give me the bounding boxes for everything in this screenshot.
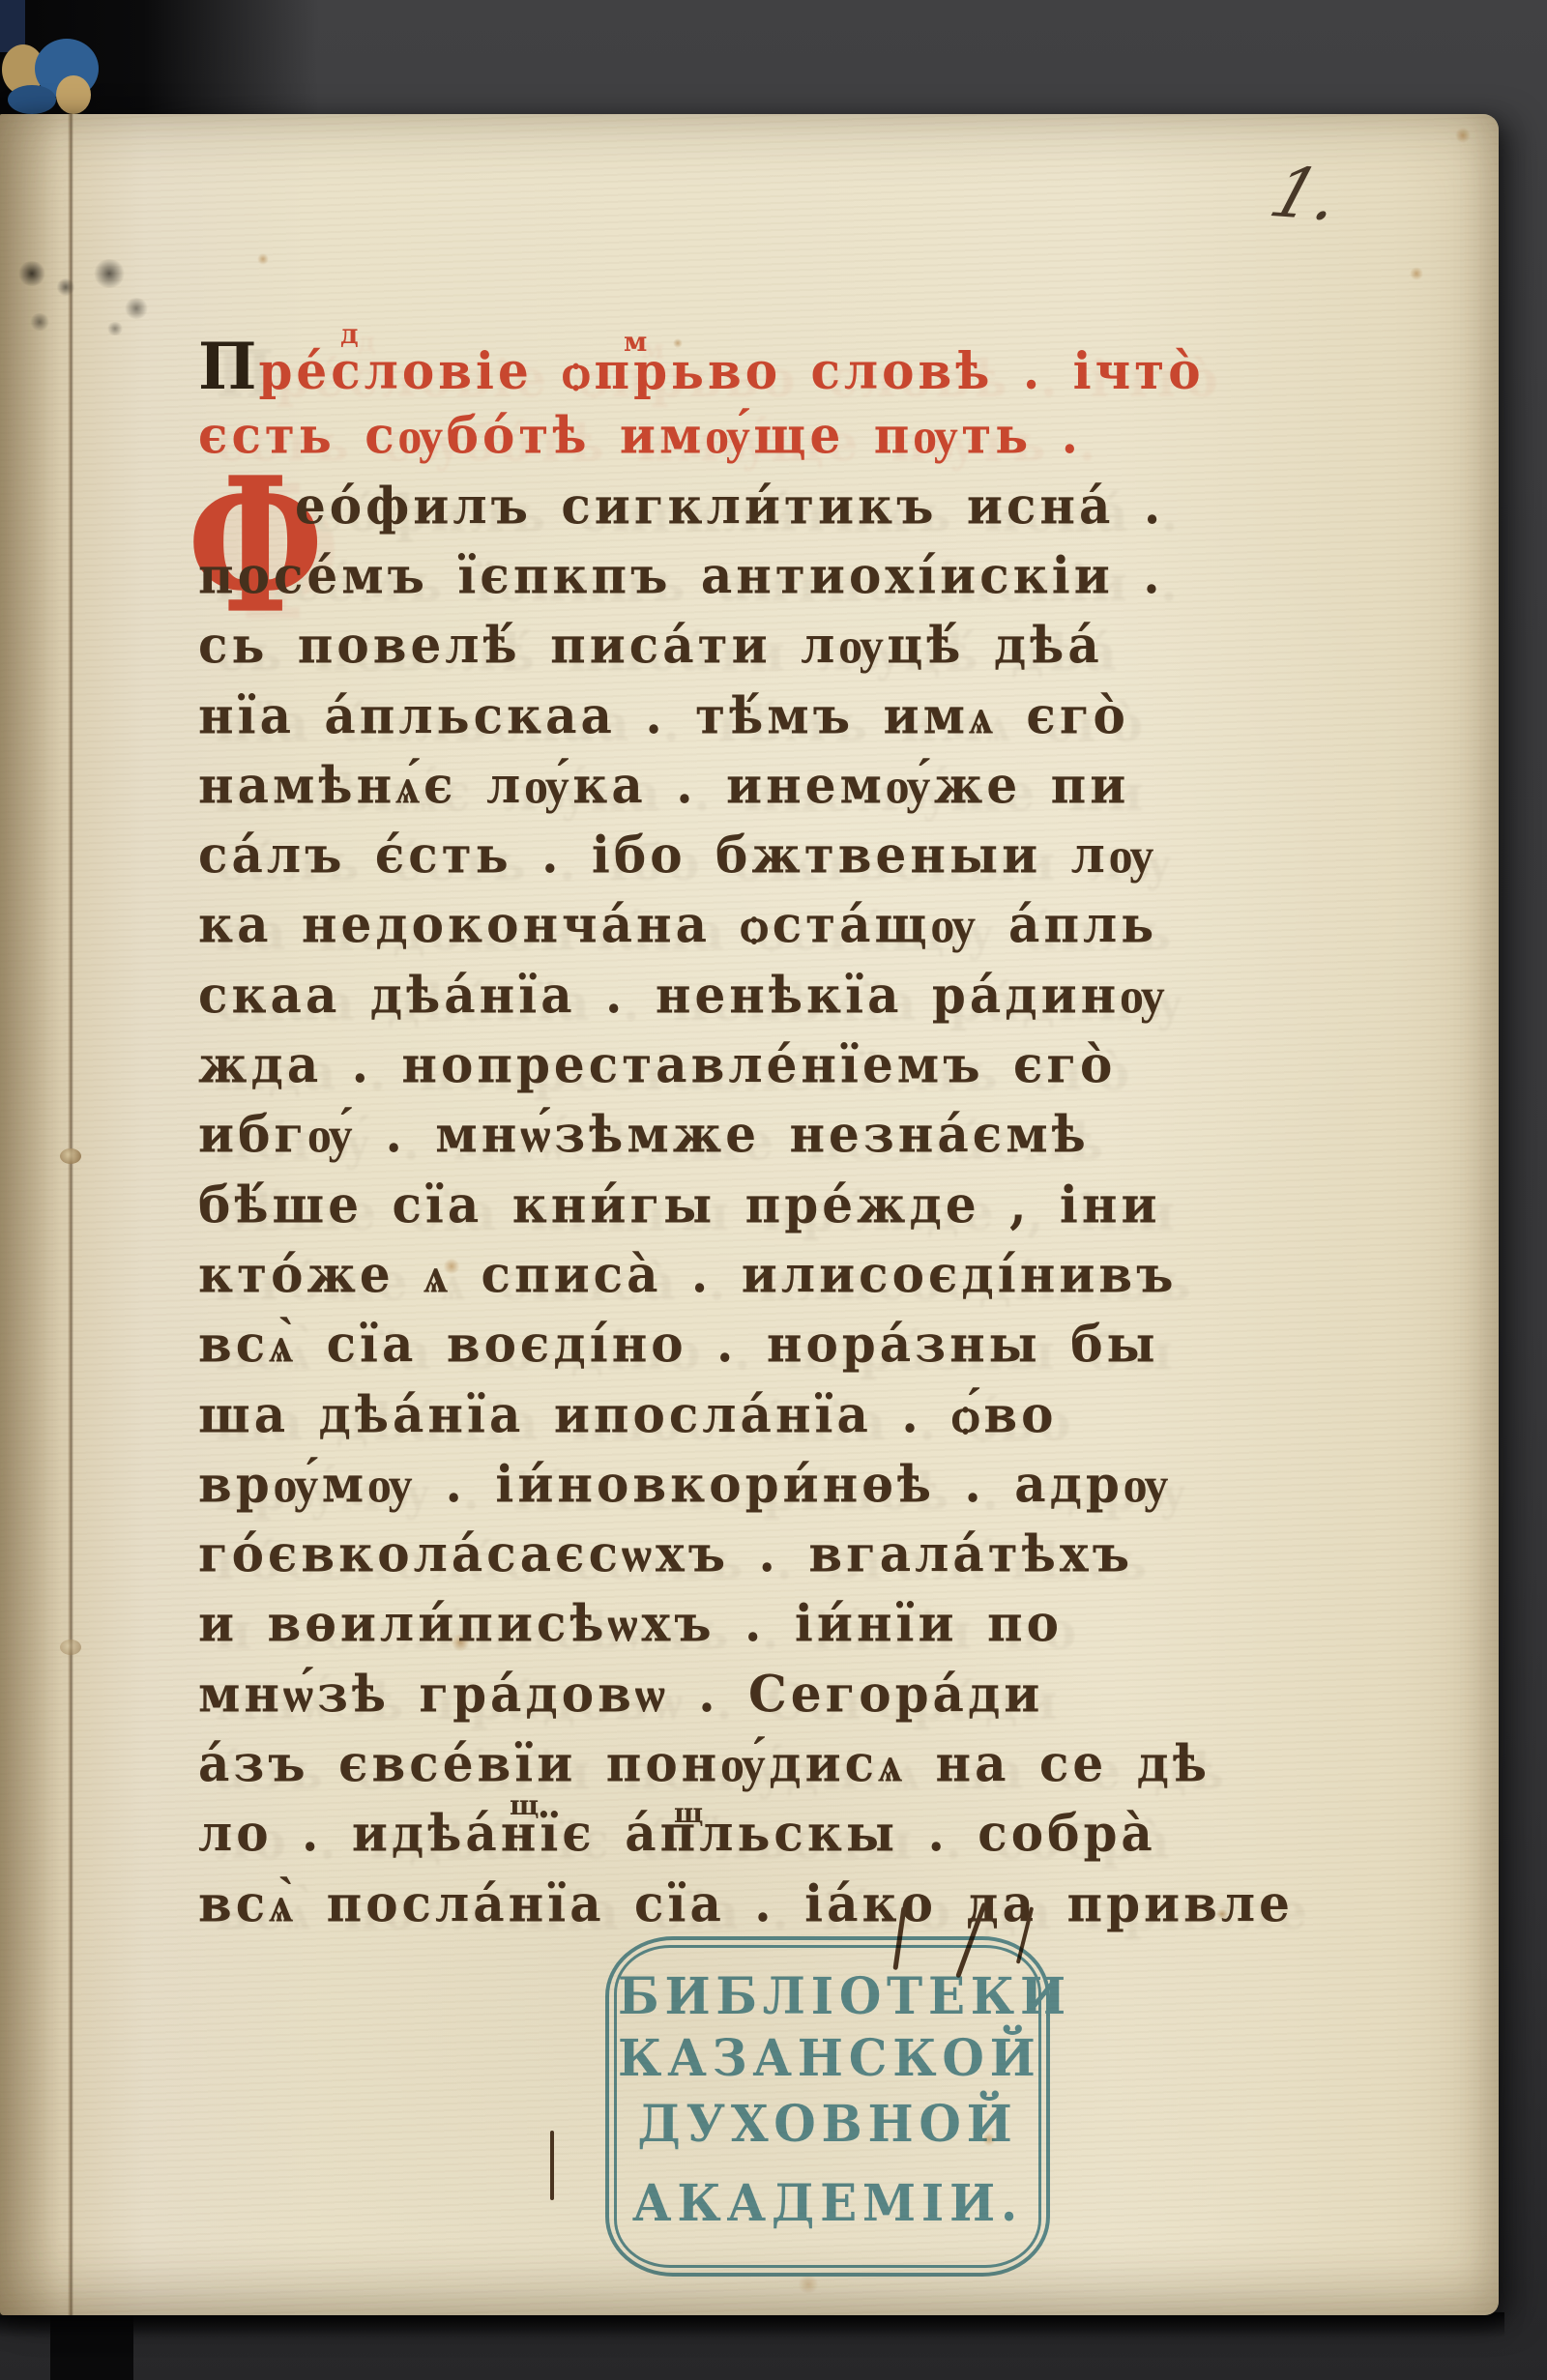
line-text: ло . идѣа́нїє а́пльскы . собра̀ bbox=[198, 1804, 1156, 1863]
endband-thread bbox=[56, 75, 91, 114]
ghost-glyphs: са́лъ є́сть . ібо бжтвеныи лѹ bbox=[216, 833, 1175, 892]
ink-smudge bbox=[93, 259, 126, 288]
endband-thread bbox=[8, 85, 56, 114]
ghost-glyphs: го́євкола́саєсѡхъ . вгала́тѣхъ bbox=[216, 1537, 1151, 1587]
superscript-letter: м bbox=[624, 329, 647, 356]
line-text: ибгѹ́ . мнѡ́зѣмже незна́ємѣ bbox=[198, 1105, 1090, 1164]
ghost-glyphs: и вѳили́писѣѡхъ . іи́нїи по bbox=[216, 1607, 1080, 1657]
line-text: кто́же ѧ списа̀ . илисоєді́нивъ bbox=[198, 1245, 1178, 1304]
manuscript-line-8: са́лъ є́сть . ібо бжтвеныи лѹ bbox=[198, 830, 1157, 881]
line-text: скаа дѣа́нїа . ненѣкїа ра́динѹ bbox=[198, 965, 1168, 1024]
manuscript-line-12: ибгѹ́ . мнѡ́зѣмже незна́ємѣ bbox=[198, 1110, 1090, 1160]
ghost-glyphs: Ф bbox=[205, 478, 340, 630]
ghost-glyphs: посе́мъ їєпкпъ антиохі́искіи . bbox=[216, 559, 1182, 609]
line-text: са́лъ є́сть . ібо бжтвеныи лѹ bbox=[198, 826, 1157, 885]
ghost-glyphs: кто́же ѧ списа̀ . илисоєді́нивъ bbox=[216, 1258, 1195, 1308]
foxing-spot bbox=[1410, 267, 1423, 280]
ghost-glyphs: сь повелѣ́ писа́ти лѹцѣ́ дѣа́ bbox=[216, 624, 1121, 682]
stamp-line: КАЗАНСКОЙ bbox=[618, 2029, 1037, 2088]
ghost-glyphs: мнѡ́зѣ гра́довѡ . Сегора́ди bbox=[216, 1671, 1061, 1730]
line-text: всѧ̀ посла́нїа сїа . іа́ко да привле bbox=[198, 1873, 1294, 1932]
manuscript-line-19: и вѳили́писѣѡхъ . іи́нїи по bbox=[198, 1599, 1063, 1649]
initial-letter: Ф bbox=[188, 470, 323, 623]
ghost-glyphs: всѧ̀ сїа воєді́но . нора́зны бы bbox=[216, 1327, 1177, 1378]
ghost-glyphs: са́лъ є́сть . ібо бжтвеныи лѹ bbox=[216, 838, 1175, 888]
ink-smudge bbox=[106, 322, 124, 335]
initial-letter: П bbox=[198, 330, 258, 405]
ghost-glyphs: ре́словіе ѻпрьво словѣ . ічто̀ bbox=[276, 349, 1221, 408]
manuscript-line-10: скаа дѣа́нїа . ненѣкїа ра́динѹ bbox=[198, 971, 1168, 1021]
ghost-glyphs: ша дѣа́нїа ипосла́нїа . ѻ́во bbox=[216, 1398, 1075, 1448]
ghost-glyphs: го́євкола́саєсѡхъ . вгала́тѣхъ bbox=[216, 1532, 1151, 1591]
ghost-glyphs: скаа дѣа́нїа . ненѣкїа ра́динѹ bbox=[216, 978, 1185, 1029]
page-bottom-shadow bbox=[0, 2312, 1504, 2337]
manuscript-line-18: го́євкола́саєсѡхъ . вгала́тѣхъ bbox=[198, 1529, 1133, 1580]
ghost-glyphs: нїа а́пльскаа . тѣ́мъ имѧ єго̀ bbox=[216, 693, 1147, 752]
line-text: ша дѣа́нїа ипосла́нїа . ѻ́во bbox=[198, 1384, 1058, 1443]
superscript-letter: д bbox=[340, 321, 359, 348]
ghost-glyphs: кто́же ѧ списа̀ . илисоєді́нивъ bbox=[216, 1253, 1195, 1312]
foxing-spot bbox=[443, 1259, 460, 1274]
manuscript-line-21: а́зъ євсе́вїи понѹ́дисѧ на се дѣ bbox=[198, 1739, 1211, 1789]
photographed-book-scan: 1. Пре́словіе ѻпрьво словѣ . ічто̀єсть с… bbox=[0, 0, 1547, 2380]
line-text: а́зъ євсе́вїи понѹ́дисѧ на се дѣ bbox=[198, 1734, 1211, 1793]
manuscript-line-23: всѧ̀ посла́нїа сїа . іа́ко да привле bbox=[198, 1879, 1294, 1930]
line-text: сь повелѣ́ писа́ти лѹцѣ́ дѣа́ bbox=[198, 616, 1103, 675]
stamp-line: ДУХОВНОЙ bbox=[618, 2095, 1037, 2154]
line-text: посе́мъ їєпкпъ антиохі́искіи . bbox=[198, 546, 1164, 605]
sewing-thread bbox=[60, 1148, 81, 1164]
ink-smudge bbox=[29, 313, 50, 331]
ghost-glyphs: щ bbox=[691, 1808, 720, 1835]
line-text: врѹ́мѹ . іи́новкори́нѳѣ . адрѹ bbox=[198, 1455, 1172, 1514]
manuscript-line-17: врѹ́мѹ . іи́новкори́нѳѣ . адрѹ bbox=[198, 1460, 1172, 1510]
ghost-glyphs: сь повелѣ́ писа́ти лѹцѣ́ дѣа́ bbox=[216, 628, 1121, 679]
ghost-glyphs: бѣ́ше сїа кни́гы пре́жде , іни bbox=[216, 1188, 1179, 1238]
line-text: мнѡ́зѣ гра́довѡ . Сегора́ди bbox=[198, 1664, 1043, 1723]
manuscript-page: 1. Пре́словіе ѻпрьво словѣ . ічто̀єсть с… bbox=[0, 114, 1499, 2315]
line-text: намѣнѧ́є лѹ́ка . инемѹ́же пи bbox=[198, 756, 1129, 815]
foxing-spot bbox=[673, 338, 683, 348]
line-text: єсть сѹбо́тѣ имѹ́ще пѹть . bbox=[198, 406, 1082, 465]
ghost-glyphs: єсть сѹбо́тѣ имѹ́ще пѹть . bbox=[216, 414, 1099, 473]
ghost-glyphs: щ bbox=[527, 1800, 556, 1827]
ghost-glyphs: ео́филъ сигкли́тикъ исна́ . bbox=[312, 483, 1182, 542]
binding-board-edge bbox=[50, 2316, 133, 2380]
line-text: ре́словіе ѻпрьво словѣ . ічто̀ bbox=[258, 341, 1204, 400]
ghost-glyphs: врѹ́мѹ . іи́новкори́нѳѣ . адрѹ bbox=[216, 1467, 1189, 1518]
folio-number: 1. bbox=[1253, 152, 1367, 236]
manuscript-line-15: всѧ̀ сїа воєді́но . нора́зны бы bbox=[198, 1320, 1159, 1370]
gutter-shade bbox=[0, 114, 60, 2315]
line-text: ео́филъ сигкли́тикъ исна́ . bbox=[295, 476, 1164, 535]
superscript-letter: щ bbox=[674, 1800, 703, 1827]
ghost-glyphs: врѹ́мѹ . іи́новкори́нѳѣ . адрѹ bbox=[216, 1463, 1189, 1522]
line-text: жда . нопреставле́нїемъ єго̀ bbox=[198, 1035, 1116, 1094]
foxing-spot bbox=[257, 253, 269, 265]
library-stamp: БИБЛІОТЕКИ КАЗАНСКОЙ ДУХОВНОЙ АКАДЕМІИ. bbox=[605, 1936, 1050, 2277]
ghost-glyphs: д bbox=[358, 329, 376, 356]
ink-smudge bbox=[56, 278, 75, 296]
manuscript-line-9: ка недоконча́на ѻста́щѹ а́пль bbox=[198, 900, 1157, 950]
ghost-glyphs: ибгѹ́ . мнѡ́зѣмже незна́ємѣ bbox=[216, 1113, 1107, 1172]
ghost-glyphs: мнѡ́зѣ гра́довѡ . Сегора́ди bbox=[216, 1677, 1061, 1727]
ghost-glyphs: Пре́словіе ѻпрьво словѣ . ічто̀ bbox=[216, 349, 1222, 404]
ghost-glyphs: ибгѹ́ . мнѡ́зѣмже незна́ємѣ bbox=[216, 1117, 1107, 1168]
line-text: го́євкола́саєсѡхъ . вгала́тѣхъ bbox=[198, 1524, 1133, 1583]
manuscript-line-6: нїа а́пльскаа . тѣ́мъ имѧ єго̀ bbox=[198, 691, 1129, 741]
sewing-thread bbox=[60, 1640, 81, 1655]
ghost-glyphs: а́зъ євсе́вїи понѹ́дисѧ на се дѣ bbox=[216, 1742, 1228, 1801]
superscript-letter: щ bbox=[510, 1792, 539, 1819]
line-text: бѣ́ше сїа кни́гы пре́жде , іни bbox=[198, 1175, 1161, 1234]
line-text: ка недоконча́на ѻста́щѹ а́пль bbox=[198, 895, 1157, 954]
ghost-glyphs: жда . нопреставле́нїемъ єго̀ bbox=[216, 1043, 1133, 1102]
manuscript-line-4: посе́мъ їєпкпъ антиохі́искіи . bbox=[198, 551, 1164, 601]
line-text: всѧ̀ сїа воєді́но . нора́зны бы bbox=[198, 1315, 1159, 1374]
ghost-glyphs: всѧ̀ посла́нїа сїа . іа́ко да привле bbox=[216, 1887, 1311, 1937]
manuscript-line-1: Пре́словіе ѻпрьво словѣ . ічто̀ bbox=[198, 341, 1205, 396]
manuscript-line-22: ло . идѣа́нїє а́пльскы . собра̀ bbox=[198, 1809, 1156, 1859]
manuscript-line-20: мнѡ́зѣ гра́довѡ . Сегора́ди bbox=[198, 1669, 1043, 1720]
ghost-glyphs: всѧ̀ посла́нїа сїа . іа́ко да привле bbox=[216, 1881, 1311, 1940]
ghost-glyphs: ео́филъ сигкли́тикъ исна́ . bbox=[216, 489, 1182, 539]
ghost-glyphs: намѣнѧ́є лѹ́ка . инемѹ́же пи bbox=[216, 769, 1147, 819]
ghost-glyphs: скаа дѣа́нїа . ненѣкїа ра́динѹ bbox=[216, 972, 1185, 1031]
ghost-glyphs: м bbox=[641, 336, 664, 363]
ghost-glyphs: ло . идѣа́нїє а́пльскы . собра̀ bbox=[216, 1812, 1174, 1871]
ghost-glyphs: а́зъ євсе́вїи понѹ́дисѧ на се дѣ bbox=[216, 1747, 1228, 1797]
ghost-glyphs: намѣнѧ́є лѹ́ка . инемѹ́же пи bbox=[216, 764, 1147, 823]
ghost-glyphs: ло . идѣа́нїє а́пльскы . собра̀ bbox=[216, 1816, 1174, 1867]
ghost-glyphs: нїа а́пльскаа . тѣ́мъ имѧ єго̀ bbox=[216, 699, 1147, 749]
foxing-spot bbox=[797, 2276, 820, 2293]
stamp-line: БИБЛІОТЕКИ bbox=[618, 1967, 1037, 2026]
ghost-glyphs: бѣ́ше сїа кни́гы пре́жде , іни bbox=[216, 1182, 1179, 1241]
line-text: нїа а́пльскаа . тѣ́мъ имѧ єго̀ bbox=[198, 685, 1129, 744]
ghost-glyphs: ка недоконча́на ѻста́щѹ а́пль bbox=[216, 903, 1175, 962]
ghost-glyphs: посе́мъ їєпкпъ антиохі́искіи . bbox=[216, 554, 1182, 613]
ghost-glyphs: ка недоконча́на ѻста́щѹ а́пль bbox=[216, 908, 1175, 958]
foxing-spot bbox=[1216, 1908, 1228, 1920]
ink-smudge bbox=[17, 261, 46, 286]
manuscript-line-11: жда . нопреставле́нїемъ єго̀ bbox=[198, 1040, 1116, 1090]
line-text: и вѳили́писѣѡхъ . іи́нїи по bbox=[198, 1594, 1063, 1653]
ghost-glyphs: єсть сѹбо́тѣ имѹ́ще пѹть . bbox=[216, 419, 1099, 469]
ghost-glyphs: ша дѣа́нїа ипосла́нїа . ѻ́во bbox=[216, 1392, 1075, 1451]
stamp-line: АКАДЕМІИ. bbox=[618, 2174, 1037, 2233]
manuscript-line-16: ша дѣа́нїа ипосла́нїа . ѻ́во bbox=[198, 1390, 1058, 1440]
manuscript-line-3: ео́филъ сигкли́тикъ исна́ . bbox=[198, 481, 1164, 532]
ghost-glyphs: и вѳили́писѣѡхъ . іи́нїи по bbox=[216, 1602, 1080, 1661]
manuscript-line-2: єсть сѹбо́тѣ имѹ́ще пѹть . bbox=[198, 411, 1082, 461]
ghost-glyphs: всѧ̀ сїа воєді́но . нора́зны бы bbox=[216, 1322, 1177, 1381]
manuscript-line-7: намѣнѧ́є лѹ́ка . инемѹ́же пи bbox=[198, 761, 1129, 811]
manuscript-line-5: сь повелѣ́ писа́ти лѹцѣ́ дѣа́ bbox=[198, 621, 1103, 671]
gutter-fold-line bbox=[68, 114, 73, 2315]
foxing-spot bbox=[451, 1634, 470, 1651]
pen-mark bbox=[550, 2131, 554, 2200]
ink-smudge bbox=[124, 298, 149, 319]
foxing-spot bbox=[1455, 128, 1471, 143]
manuscript-line-14: кто́же ѧ списа̀ . илисоєді́нивъ bbox=[198, 1250, 1178, 1300]
ghost-glyphs: П bbox=[216, 337, 276, 413]
manuscript-line-13: бѣ́ше сїа кни́гы пре́жде , іни bbox=[198, 1180, 1161, 1231]
ghost-glyphs: жда . нопреставле́нїемъ єго̀ bbox=[216, 1048, 1133, 1098]
